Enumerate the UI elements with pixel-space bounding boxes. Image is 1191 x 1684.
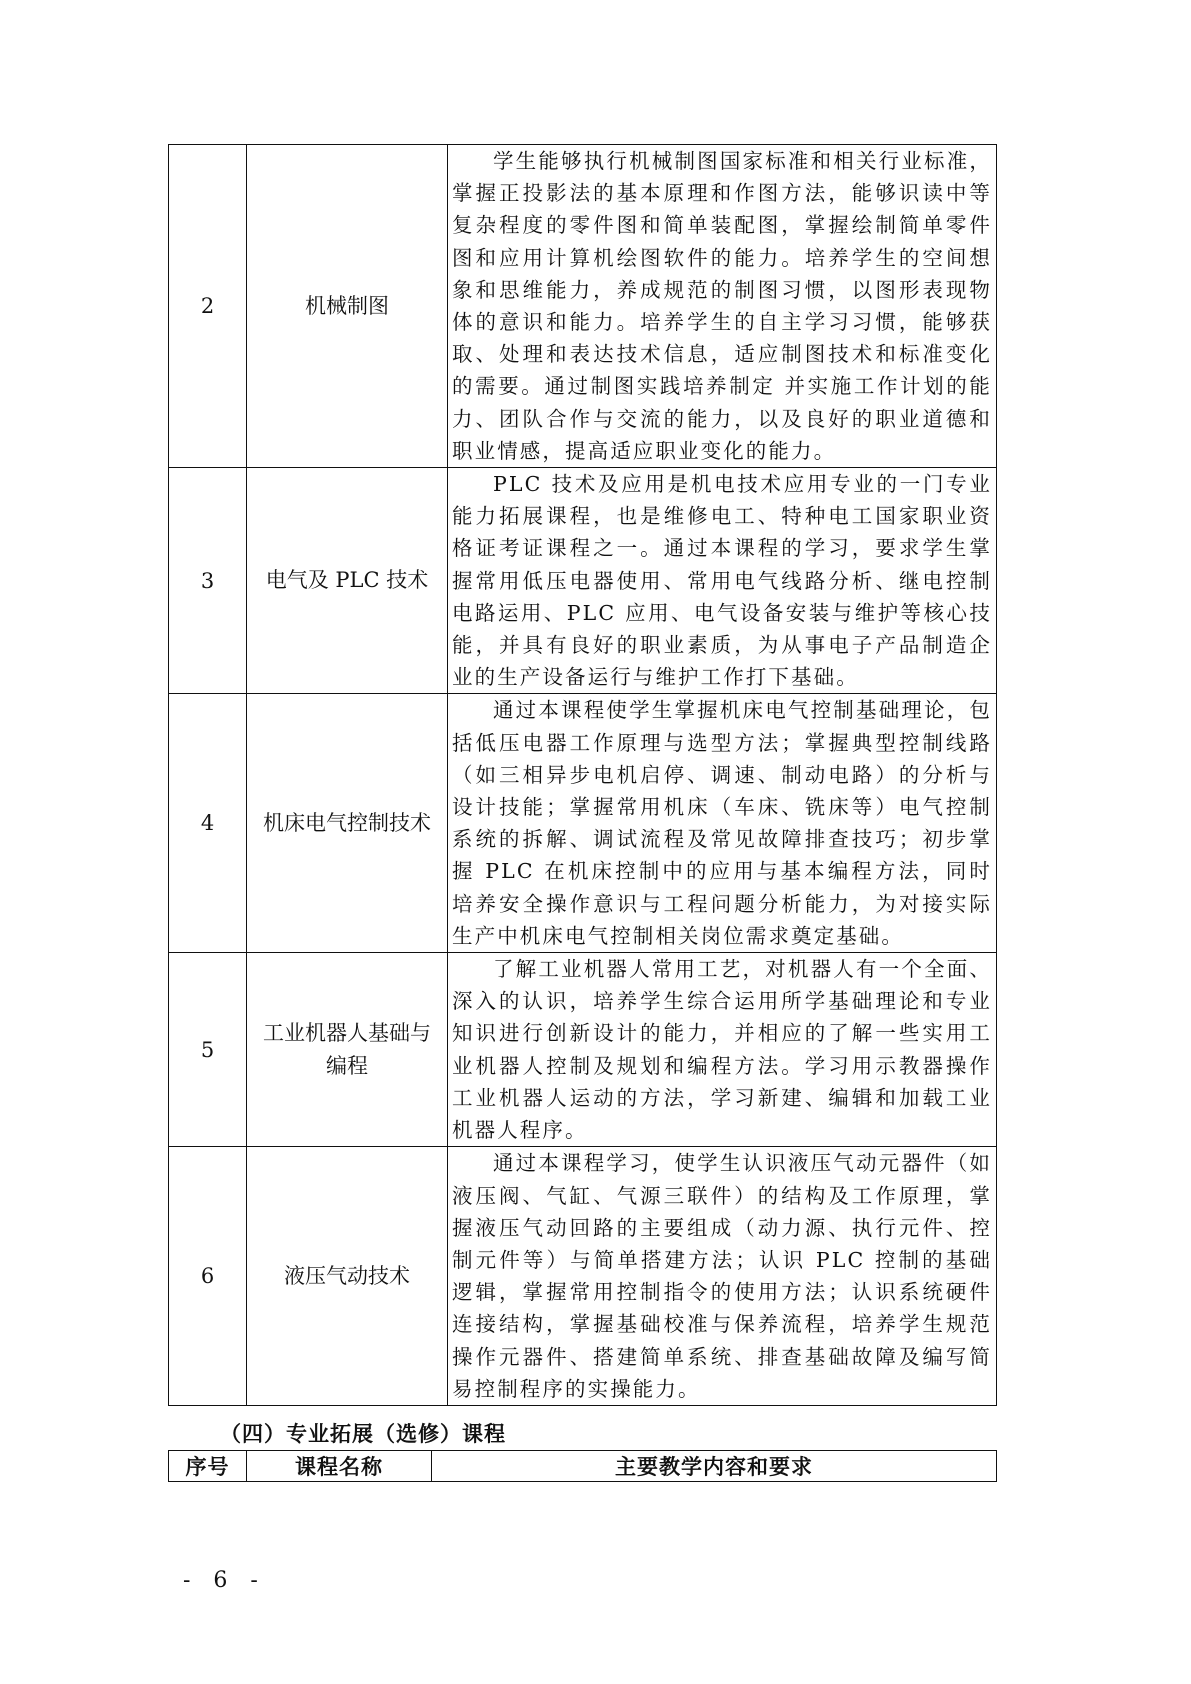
table-row: 6 液压气动技术 通过本课程学习，使学生认识液压气动元器件（如液压阀、气缸、气源… — [169, 1147, 997, 1406]
course-description: PLC 技术及应用是机电技术应用专业的一门专业能力拓展课程，也是维修电工、特种电… — [448, 468, 997, 694]
course-description: 通过本课程学习，使学生认识液压气动元器件（如液压阀、气缸、气源三联件）的结构及工… — [448, 1147, 997, 1406]
table-row: 3 电气及 PLC 技术 PLC 技术及应用是机电技术应用专业的一门专业能力拓展… — [169, 468, 997, 694]
row-index: 6 — [169, 1147, 247, 1406]
row-index: 5 — [169, 953, 247, 1147]
courses-table: 2 机械制图 学生能够执行机械制图国家标准和相关行业标准，掌握正投影法的基本原理… — [168, 144, 997, 1406]
header-description: 主要教学内容和要求 — [432, 1451, 997, 1482]
header-course-name: 课程名称 — [247, 1451, 432, 1482]
section-heading: （四）专业拓展（选修）课程 — [220, 1418, 506, 1448]
course-description: 学生能够执行机械制图国家标准和相关行业标准，掌握正投影法的基本原理和作图方法，能… — [448, 145, 997, 468]
row-index: 2 — [169, 145, 247, 468]
course-name: 工业机器人基础与编程 — [247, 953, 448, 1147]
course-name: 机械制图 — [247, 145, 448, 468]
table-row: 5 工业机器人基础与编程 了解工业机器人常用工艺，对机器人有一个全面、深入的认识… — [169, 953, 997, 1147]
table-header-row: 序号 课程名称 主要教学内容和要求 — [169, 1451, 997, 1482]
course-name: 电气及 PLC 技术 — [247, 468, 448, 694]
course-description: 通过本课程使学生掌握机床电气控制基础理论，包括低压电器工作原理与选型方法；掌握典… — [448, 694, 997, 953]
course-description: 了解工业机器人常用工艺，对机器人有一个全面、深入的认识，培养学生综合运用所学基础… — [448, 953, 997, 1147]
course-name: 液压气动技术 — [247, 1147, 448, 1406]
elective-courses-table-header: 序号 课程名称 主要教学内容和要求 — [168, 1450, 997, 1482]
table-row: 4 机床电气控制技术 通过本课程使学生掌握机床电气控制基础理论，包括低压电器工作… — [169, 694, 997, 953]
table-row: 2 机械制图 学生能够执行机械制图国家标准和相关行业标准，掌握正投影法的基本原理… — [169, 145, 997, 468]
header-index: 序号 — [169, 1451, 247, 1482]
row-index: 4 — [169, 694, 247, 953]
page-number: - 6 - — [183, 1568, 266, 1593]
row-index: 3 — [169, 468, 247, 694]
course-name: 机床电气控制技术 — [247, 694, 448, 953]
